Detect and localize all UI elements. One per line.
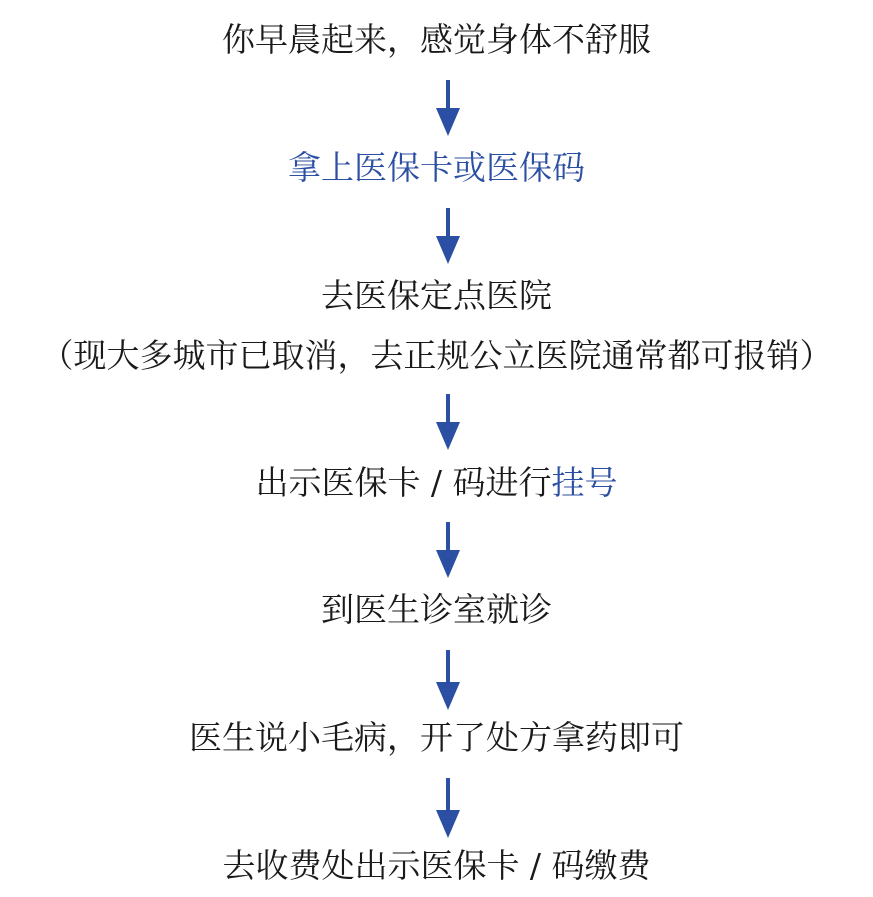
step-2: 拿上医保卡或医保码 [0, 148, 873, 188]
step-1: 你早晨起来，感觉身体不舒服 [0, 20, 873, 60]
step-7: 去收费处出示医保卡 / 码缴费 [0, 846, 873, 886]
step-3: 去医保定点医院 [0, 276, 873, 316]
step-6: 医生说小毛病，开了处方拿药即可 [0, 718, 873, 758]
arrow-down-icon [436, 522, 460, 578]
step-4-text: 出示医保卡 / 码进行 [255, 463, 551, 502]
arrow-down-icon [436, 208, 460, 264]
step-5: 到医生诊室就诊 [0, 590, 873, 630]
arrow-down-icon [436, 80, 460, 136]
step-3-note: （现大多城市已取消，去正规公立医院通常都可报销） [0, 336, 873, 376]
step-4: 出示医保卡 / 码进行挂号 [0, 463, 873, 503]
arrow-down-icon [436, 394, 460, 450]
arrow-down-icon [436, 650, 460, 710]
arrow-down-icon [436, 778, 460, 838]
step-4-highlight: 挂号 [552, 463, 618, 502]
